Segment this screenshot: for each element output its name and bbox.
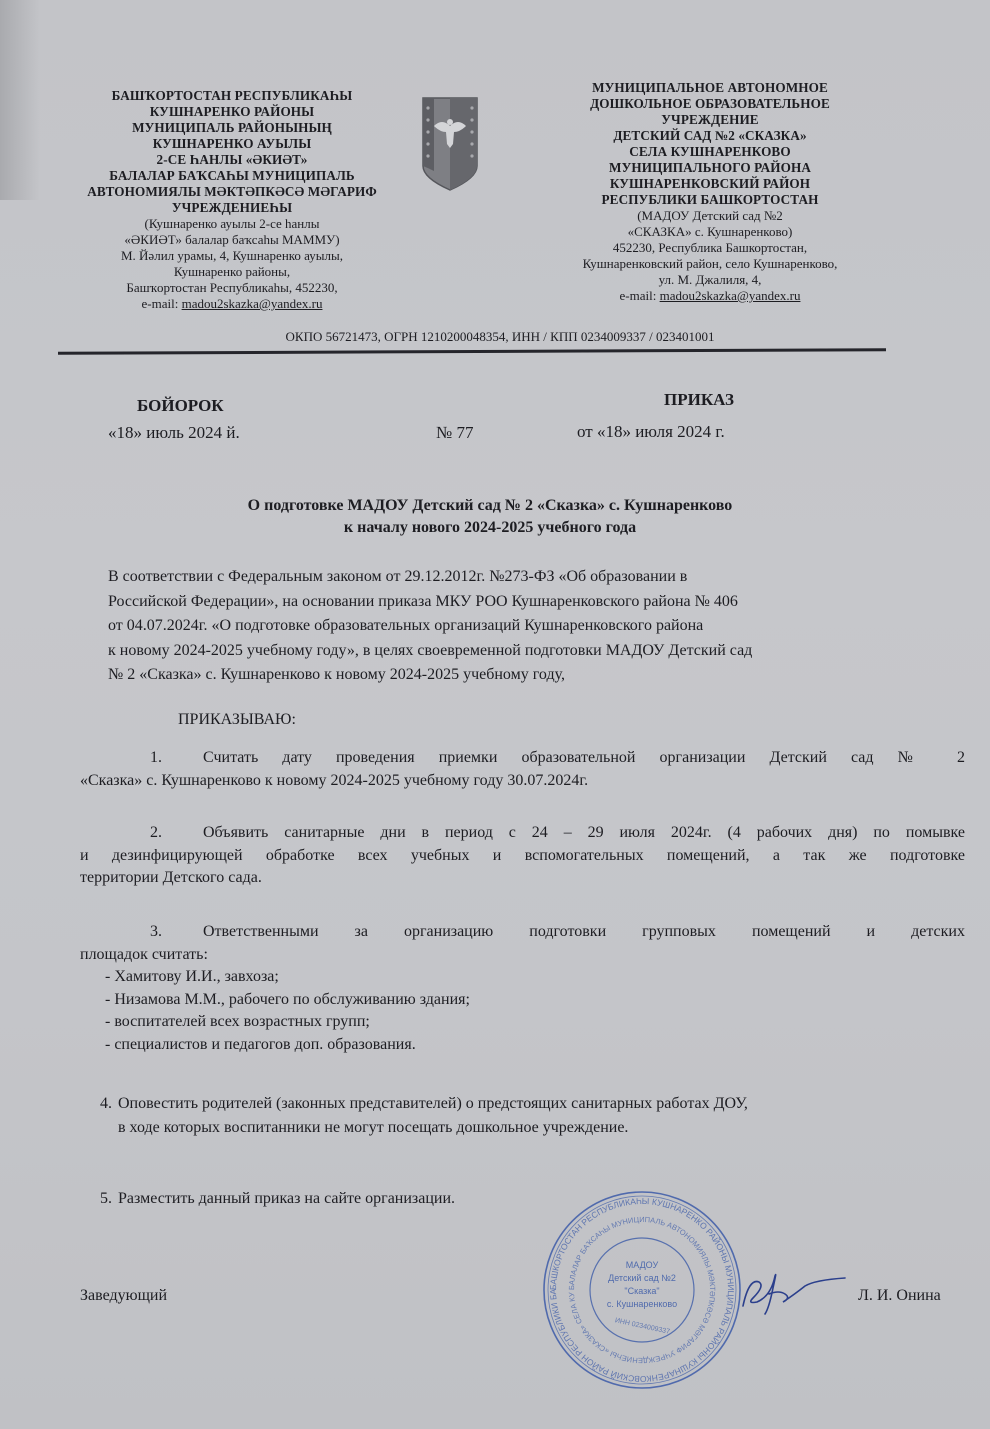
header-left-line: (Кушнаренко ауылы 2-се һанлы (62, 216, 402, 232)
stamp-center-line: с. Кушнаренково (607, 1299, 677, 1309)
item-text: «Сказка» с. Кушнаренково к новому 2024-2… (80, 770, 965, 793)
item-number: 4. (100, 1092, 112, 1116)
header-left-email-line: e-mail: madou2skazka@yandex.ru (62, 296, 402, 312)
document-page: БАШҠОРТОСТАН РЕСПУБЛИКАҺЫ КУШНАРЕНКО РАЙ… (0, 0, 990, 1429)
list-item: - воспитателей всех возрастных групп; (105, 1011, 965, 1034)
preamble: В соответствии с Федеральным законом от … (108, 565, 958, 688)
header-left-line: 2-СЕ ҺАНЛЫ «ӘКИӘТ» (62, 152, 402, 168)
header-right-line: СЕЛА КУШНАРЕНКОВО (540, 144, 880, 160)
subject-line: к началу нового 2024-2025 учебного года (100, 517, 880, 539)
official-stamp-icon: БАШКОРТОСТАН РЕСПУБЛИКАҺЫ КУШНАРЕНКО РАЙ… (540, 1188, 744, 1392)
email-label: e-mail: (142, 296, 182, 311)
header-right-line: КУШНАРЕНКОВСКИЙ РАЙОН (540, 176, 880, 192)
stamp-center-line: "Сказка" (624, 1286, 659, 1296)
header-left-line: БАЛАЛАР БАҠСАҺЫ МУНИЦИПАЛЬ (62, 168, 402, 184)
header-right-email-line: e-mail: madou2skazka@yandex.ru (540, 288, 880, 304)
order-date-bashkir: «18» июль 2024 й. (108, 423, 240, 443)
item-text: Ответственными за организацию подготовки… (203, 923, 965, 940)
header-right-line: (МАДОУ Детский сад №2 (540, 208, 880, 224)
preamble-line: Российской Федерации», на основании прик… (108, 590, 958, 615)
subject-line: О подготовке МАДОУ Детский сад № 2 «Сказ… (100, 495, 880, 517)
item-number: 5. (100, 1190, 112, 1208)
order-item-2: 2.Объявить санитарные дни в период с 24 … (80, 822, 965, 890)
coat-of-arms-icon (420, 96, 480, 192)
email-link[interactable]: madou2skazka@yandex.ru (660, 288, 801, 303)
item-number: 3. (115, 921, 145, 944)
preamble-line: к новому 2024-2025 учебному году», в цел… (108, 639, 958, 664)
header-left-line: «ӘКИӘТ» балалар баҡсаһы МАММУ) (62, 232, 402, 248)
header-left-line: БАШҠОРТОСТАН РЕСПУБЛИКАҺЫ (62, 88, 402, 104)
order-subject: О подготовке МАДОУ Детский сад № 2 «Сказ… (100, 495, 880, 539)
header-right-line: ДЕТСКИЙ САД №2 «СКАЗКА» (540, 128, 880, 144)
order-item-1: 1.Считать дату проведения приемки образо… (80, 747, 965, 792)
list-item: - Хамитову И.И., завхоза; (105, 966, 965, 989)
header-left-line: Кушнаренко районы, (62, 264, 402, 280)
stamp-center-line: Детский сад №2 (608, 1273, 676, 1283)
responsible-list: - Хамитову И.И., завхоза; - Низамова М.М… (80, 966, 965, 1056)
header-left-line: М. Йәлил урамы, 4, Кушнаренко ауылы, (62, 248, 402, 264)
preamble-line: В соответствии с Федеральным законом от … (108, 565, 958, 590)
header-left-line: АВТОНОМИЯЛЫ МӘКТӘПКӘСӘ МӘГАРИФ (62, 184, 402, 200)
order-title-bashkir: БОЙОРОК (137, 396, 224, 416)
item-text: Считать дату проведения приемки образова… (203, 749, 965, 766)
signatory-position: Заведующий (80, 1287, 167, 1305)
header-right-line: ДОШКОЛЬНОЕ ОБРАЗОВАТЕЛЬНОЕ (540, 96, 880, 112)
order-word: ПРИКАЗЫВАЮ: (178, 711, 296, 729)
item-text: площадок считать: (80, 944, 965, 967)
registry-line: ОКПО 56721473, ОГРН 1210200048354, ИНН /… (0, 329, 990, 345)
header-right-line: Кушнаренковский район, село Кушнаренково… (540, 256, 880, 272)
header-right-line: ул. М. Джалиля, 4, (540, 272, 880, 288)
list-item: - специалистов и педагогов доп. образова… (105, 1034, 965, 1057)
item-text: в ходе которых воспитанники не могут пос… (118, 1116, 748, 1140)
stamp-center-line: МАДОУ (626, 1260, 659, 1270)
item-text: Объявить санитарные дни в период с 24 – … (203, 824, 965, 841)
header-right-line: РЕСПУБЛИКИ БАШКОРТОСТАН (540, 192, 880, 208)
item-number: 1. (115, 747, 145, 770)
header-right-line: «СКАЗКА» с. Кушнаренково) (540, 224, 880, 240)
signature-icon (735, 1268, 855, 1318)
header-right-line: МУНИЦИПАЛЬНОЕ АВТОНОМНОЕ (540, 80, 880, 96)
email-link[interactable]: madou2skazka@yandex.ru (182, 296, 323, 311)
order-item-3: 3.Ответственными за организацию подготов… (80, 921, 965, 1056)
header-left-line: Башҡортостан Республикаһы, 452230, (62, 280, 402, 296)
header-right: МУНИЦИПАЛЬНОЕ АВТОНОМНОЕ ДОШКОЛЬНОЕ ОБРА… (540, 80, 880, 304)
stamp-inn: ИНН 0234009337 (614, 1317, 670, 1336)
page-edge-shadow (0, 0, 40, 200)
order-number: № 77 (436, 423, 473, 443)
order-date-russian: от «18» июля 2024 г. (577, 422, 725, 442)
header-left-line: УЧРЕЖДЕНИЕҺЫ (62, 200, 402, 216)
email-label: e-mail: (620, 288, 660, 303)
header-divider (58, 348, 886, 355)
signatory-name: Л. И. Онина (858, 1287, 941, 1305)
header-left-line: КУШНАРЕНКО АУЫЛЫ (62, 136, 402, 152)
header-left: БАШҠОРТОСТАН РЕСПУБЛИКАҺЫ КУШНАРЕНКО РАЙ… (62, 88, 402, 312)
header-left-line: МУНИЦИПАЛЬ РАЙОНЫНЫҢ (62, 120, 402, 136)
item-number: 2. (115, 822, 145, 845)
header-left-line: КУШНАРЕНКО РАЙОНЫ (62, 104, 402, 120)
item-text: и дезинфицирующей обработке всех учебных… (80, 845, 965, 868)
item-text: Разместить данный приказ на сайте органи… (118, 1190, 455, 1208)
header-right-line: МУНИЦИПАЛЬНОГО РАЙОНА (540, 160, 880, 176)
header-right-line: 452230, Республика Башкортостан, (540, 240, 880, 256)
order-item-5: 5. Разместить данный приказ на сайте орг… (118, 1190, 455, 1208)
item-text: территории Детского сада. (80, 867, 965, 890)
order-title-russian: ПРИКАЗ (664, 390, 734, 410)
preamble-line: от 04.07.2024г. «О подготовке образовате… (108, 614, 958, 639)
header-right-line: УЧРЕЖДЕНИЕ (540, 112, 880, 128)
item-text: Оповестить родителей (законных представи… (118, 1092, 748, 1116)
order-item-4: 4. Оповестить родителей (законных предст… (118, 1092, 748, 1140)
list-item: - Низамова М.М., рабочего по обслуживани… (105, 989, 965, 1012)
preamble-line: № 2 «Сказка» с. Кушнаренково к новому 20… (108, 663, 958, 688)
